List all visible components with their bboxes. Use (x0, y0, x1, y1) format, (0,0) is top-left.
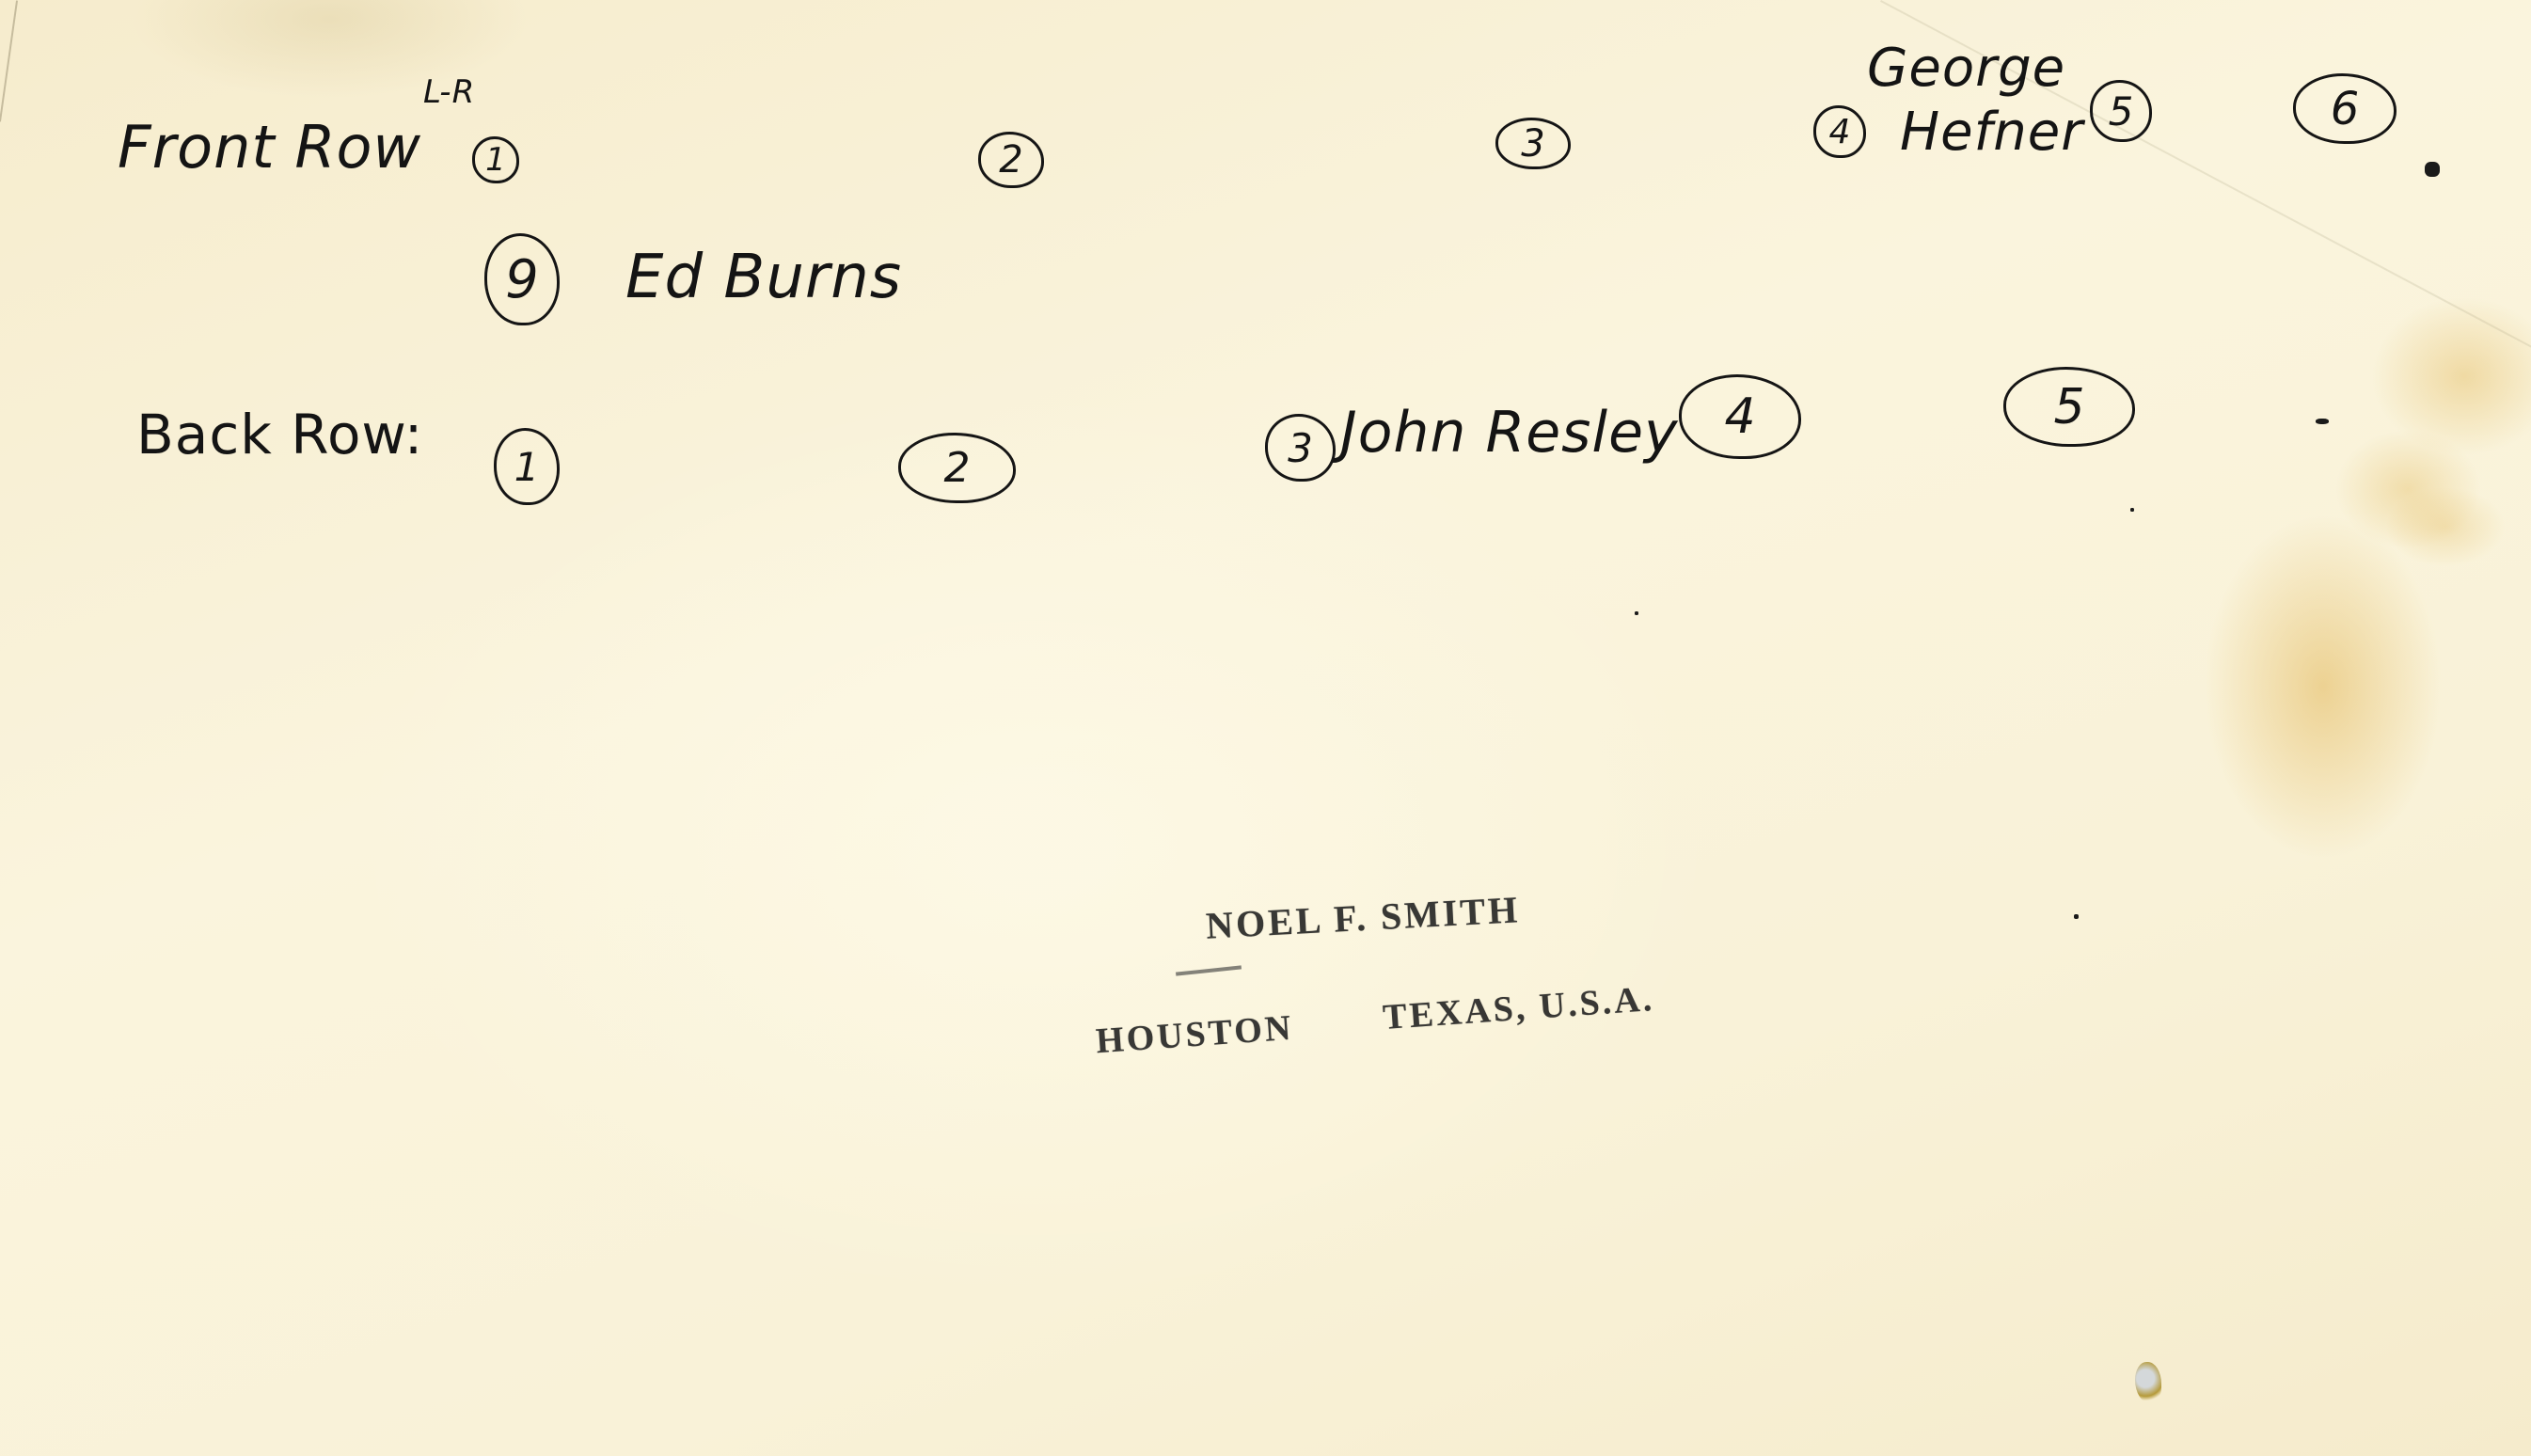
aged-paper-background (0, 0, 2531, 1456)
back-row-position-1: 1 (494, 428, 560, 505)
front-row-position-5: 5 (2090, 80, 2152, 142)
front-row-position-6: 6 (2293, 73, 2397, 144)
position-number: 3 (1521, 122, 1544, 166)
direction-note: L-R (423, 73, 475, 111)
back-row-label: Back Row: (136, 403, 423, 467)
position-number: 4 (1724, 388, 1755, 445)
front-row-label: Front Row (118, 113, 421, 182)
back-row-position-4: 4 (1679, 374, 1801, 459)
position-number: 5 (2109, 88, 2134, 135)
position-number: 6 (2331, 83, 2360, 135)
back-row-position-5: 5 (2003, 367, 2135, 447)
extra-entry-name: Ed Burns (625, 243, 902, 312)
back-row-position-3: 3 (1265, 414, 1336, 482)
position-number: 3 (1288, 425, 1313, 471)
front-row-name-4-last: Hefner (1900, 102, 2083, 163)
ink-speck (2074, 914, 2079, 919)
ink-spot (2316, 419, 2329, 424)
back-row-position-2: 2 (898, 433, 1016, 503)
front-row-name-4-first: George (1867, 38, 2065, 99)
front-row-position-2: 2 (978, 132, 1044, 188)
ink-spot (2425, 162, 2440, 177)
position-number: 2 (944, 444, 971, 492)
ink-speck (1635, 611, 1638, 615)
position-number: 9 (505, 249, 539, 310)
ink-speck (2130, 508, 2134, 512)
position-number: 1 (485, 141, 506, 179)
position-number: 4 (1829, 113, 1851, 151)
front-row-position-3: 3 (1495, 118, 1571, 169)
position-number: 2 (999, 138, 1022, 182)
back-row-name-3: John Resley (1340, 400, 1679, 466)
front-row-position-1: 1 (472, 136, 519, 183)
position-9-circle: 9 (484, 233, 560, 325)
front-row-position-4: 4 (1813, 105, 1866, 158)
position-number: 5 (2053, 379, 2084, 435)
position-number: 1 (514, 444, 540, 490)
